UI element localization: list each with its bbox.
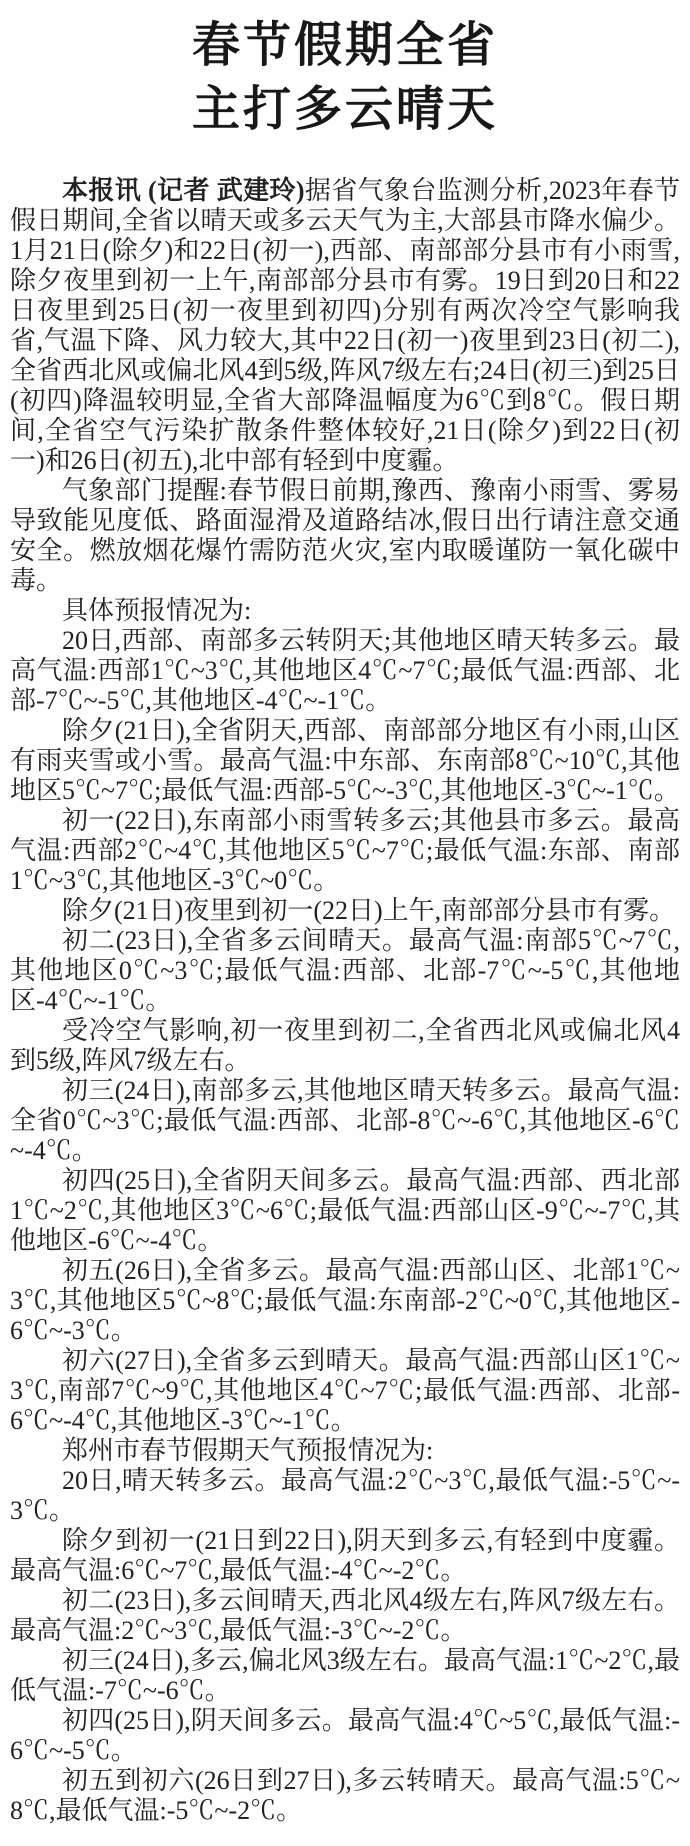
- byline: 本报讯 (记者 武建玲): [62, 176, 305, 205]
- article-paragraph: 郑州市春节假期天气预报情况为:: [10, 1436, 680, 1466]
- article-paragraph: 初五(26日),全省多云。最高气温:西部山区、北部1℃~3℃,其他地区5℃~8℃…: [10, 1256, 680, 1346]
- article-paragraph: 初三(24日),南部多云,其他地区晴天转多云。最高气温:全省0℃~3℃;最低气温…: [10, 1076, 680, 1166]
- article-paragraph: 初二(23日),多云间晴天,西北风4级左右,阵风7级左右。最高气温:2℃~3℃,…: [10, 1586, 680, 1646]
- article-paragraph: 初二(23日),全省多云间晴天。最高气温:南部5℃~7℃,其他地区0℃~3℃;最…: [10, 926, 680, 1016]
- article-paragraph: 受冷空气影响,初一夜里到初二,全省西北风或偏北风4到5级,阵风7级左右。: [10, 1016, 680, 1076]
- article-paragraph: 初四(25日),全省阴天间多云。最高气温:西部、西北部1℃~2℃,其他地区3℃~…: [10, 1166, 680, 1256]
- article-title: 春节假期全省 主打多云晴天: [10, 14, 680, 142]
- lead-text: 据省气象台监测分析,2023年春节假日期间,全省以晴天或多云天气为主,大部县市降…: [10, 176, 680, 475]
- article-paragraph: 具体预报情况为:: [10, 596, 680, 626]
- article-title-line2: 主打多云晴天: [10, 78, 680, 142]
- article-paragraph: 除夕(21日)夜里到初一(22日)上午,南部部分县市有雾。: [10, 896, 680, 926]
- article-paragraph: 20日,西部、南部多云转阴天;其他地区晴天转多云。最高气温:西部1℃~3℃,其他…: [10, 626, 680, 716]
- article-paragraph: 20日,晴天转多云。最高气温:2℃~3℃,最低气温:-5℃~-3℃。: [10, 1466, 680, 1526]
- lead-paragraph: 本报讯 (记者 武建玲)据省气象台监测分析,2023年春节假日期间,全省以晴天或…: [10, 176, 680, 476]
- article-paragraph: 气象部门提醒:春节假日前期,豫西、豫南小雨雪、雾易导致能见度低、路面湿滑及道路结…: [10, 476, 680, 596]
- article-paragraph: 初一(22日),东南部小雨雪转多云;其他县市多云。最高气温:西部2℃~4℃,其他…: [10, 806, 680, 896]
- article-paragraph: 初五到初六(26日到27日),多云转晴天。最高气温:5℃~8℃,最低气温:-5℃…: [10, 1766, 680, 1826]
- article-paragraph: 除夕到初一(21日到22日),阴天到多云,有轻到中度霾。最高气温:6℃~7℃,最…: [10, 1526, 680, 1586]
- article-page: 春节假期全省 主打多云晴天 本报讯 (记者 武建玲)据省气象台监测分析,2023…: [0, 0, 690, 1846]
- article-title-line1: 春节假期全省: [10, 14, 680, 78]
- article-body: 本报讯 (记者 武建玲)据省气象台监测分析,2023年春节假日期间,全省以晴天或…: [10, 176, 680, 1826]
- article-paragraph: 初四(25日),阴天间多云。最高气温:4℃~5℃,最低气温:-6℃~-5℃。: [10, 1706, 680, 1766]
- article-paragraph: 初三(24日),多云,偏北风3级左右。最高气温:1℃~2℃,最低气温:-7℃~-…: [10, 1646, 680, 1706]
- article-paragraph: 初六(27日),全省多云到晴天。最高气温:西部山区1℃~3℃,南部7℃~9℃,其…: [10, 1346, 680, 1436]
- article-paragraph: 除夕(21日),全省阴天,西部、南部部分地区有小雨,山区有雨夹雪或小雪。最高气温…: [10, 716, 680, 806]
